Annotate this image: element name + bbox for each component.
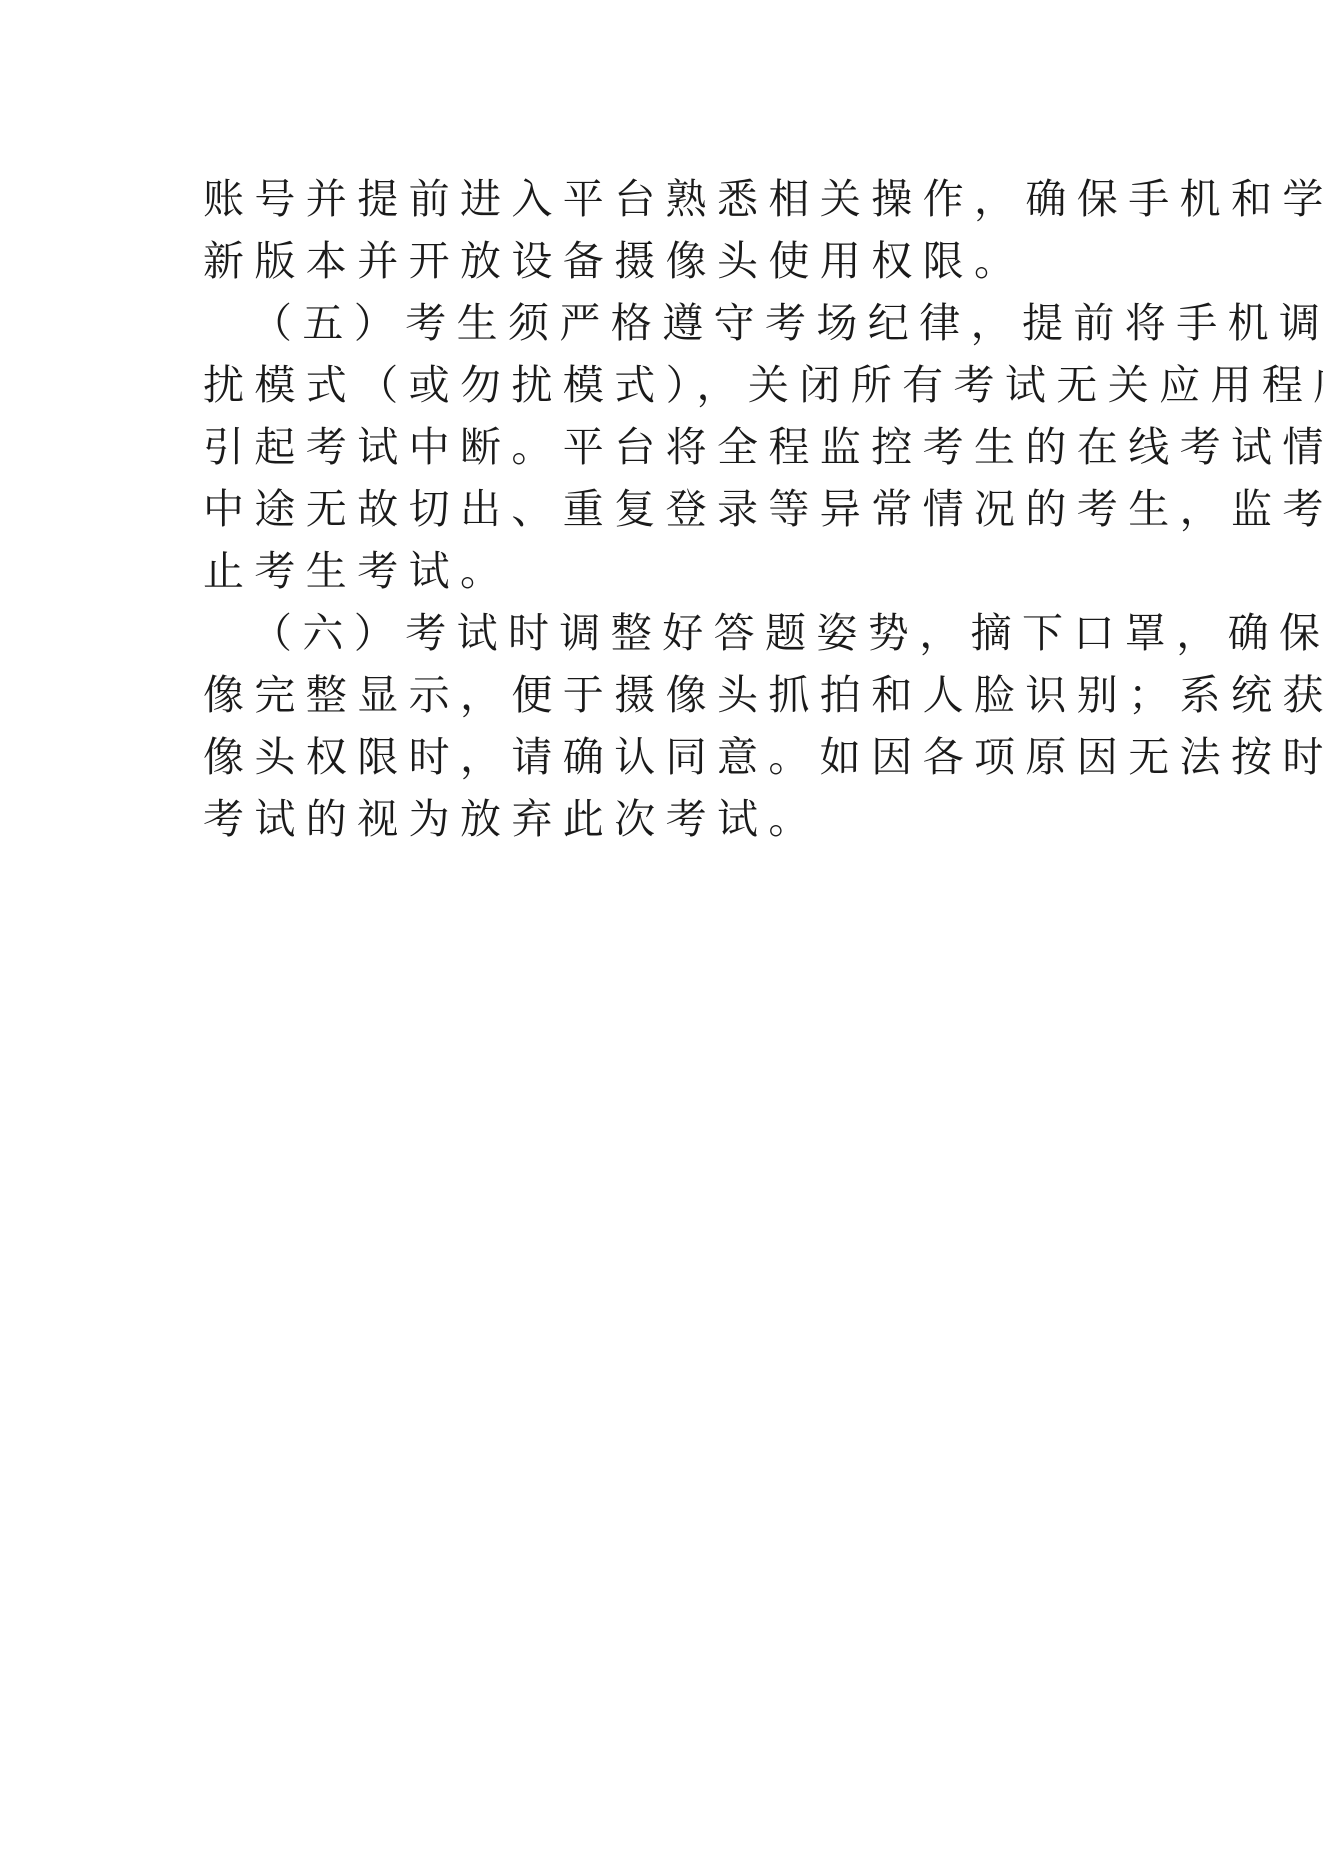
- text-line: 像完整显示，便于摄像头抓拍和人脸识别；系统获取手机摄: [203, 664, 1133, 726]
- text-line: 新版本并开放设备摄像头使用权限。: [203, 230, 1133, 292]
- text-line: 扰模式（或勿扰模式），关闭所有考试无关应用程序，避免: [203, 354, 1133, 416]
- text-line: 考试的视为放弃此次考试。: [203, 788, 1133, 850]
- paragraph-continuation: 账号并提前进入平台熟悉相关操作，确保手机和学习通为最 新版本并开放设备摄像头使用…: [203, 168, 1133, 292]
- text-line: （六）考试时调整好答题姿势，摘下口罩，确保面部头: [203, 602, 1133, 664]
- text-line: 账号并提前进入平台熟悉相关操作，确保手机和学习通为最: [203, 168, 1133, 230]
- document-page: 账号并提前进入平台熟悉相关操作，确保手机和学习通为最 新版本并开放设备摄像头使用…: [0, 0, 1323, 1871]
- text-line: 像头权限时，请确认同意。如因各项原因无法按时参加线上: [203, 726, 1133, 788]
- paragraph-item-6: （六）考试时调整好答题姿势，摘下口罩，确保面部头 像完整显示，便于摄像头抓拍和人…: [203, 602, 1133, 850]
- paragraph-item-5: （五）考生须严格遵守考场纪律，提前将手机调至免打 扰模式（或勿扰模式），关闭所有…: [203, 292, 1133, 602]
- text-line: 引起考试中断。平台将全程监控考生的在线考试情况，发现: [203, 416, 1133, 478]
- document-body: 账号并提前进入平台熟悉相关操作，确保手机和学习通为最 新版本并开放设备摄像头使用…: [203, 168, 1133, 850]
- text-line: 中途无故切出、重复登录等异常情况的考生，监考教师将终: [203, 478, 1133, 540]
- text-line: 止考生考试。: [203, 540, 1133, 602]
- text-line: （五）考生须严格遵守考场纪律，提前将手机调至免打: [203, 292, 1133, 354]
